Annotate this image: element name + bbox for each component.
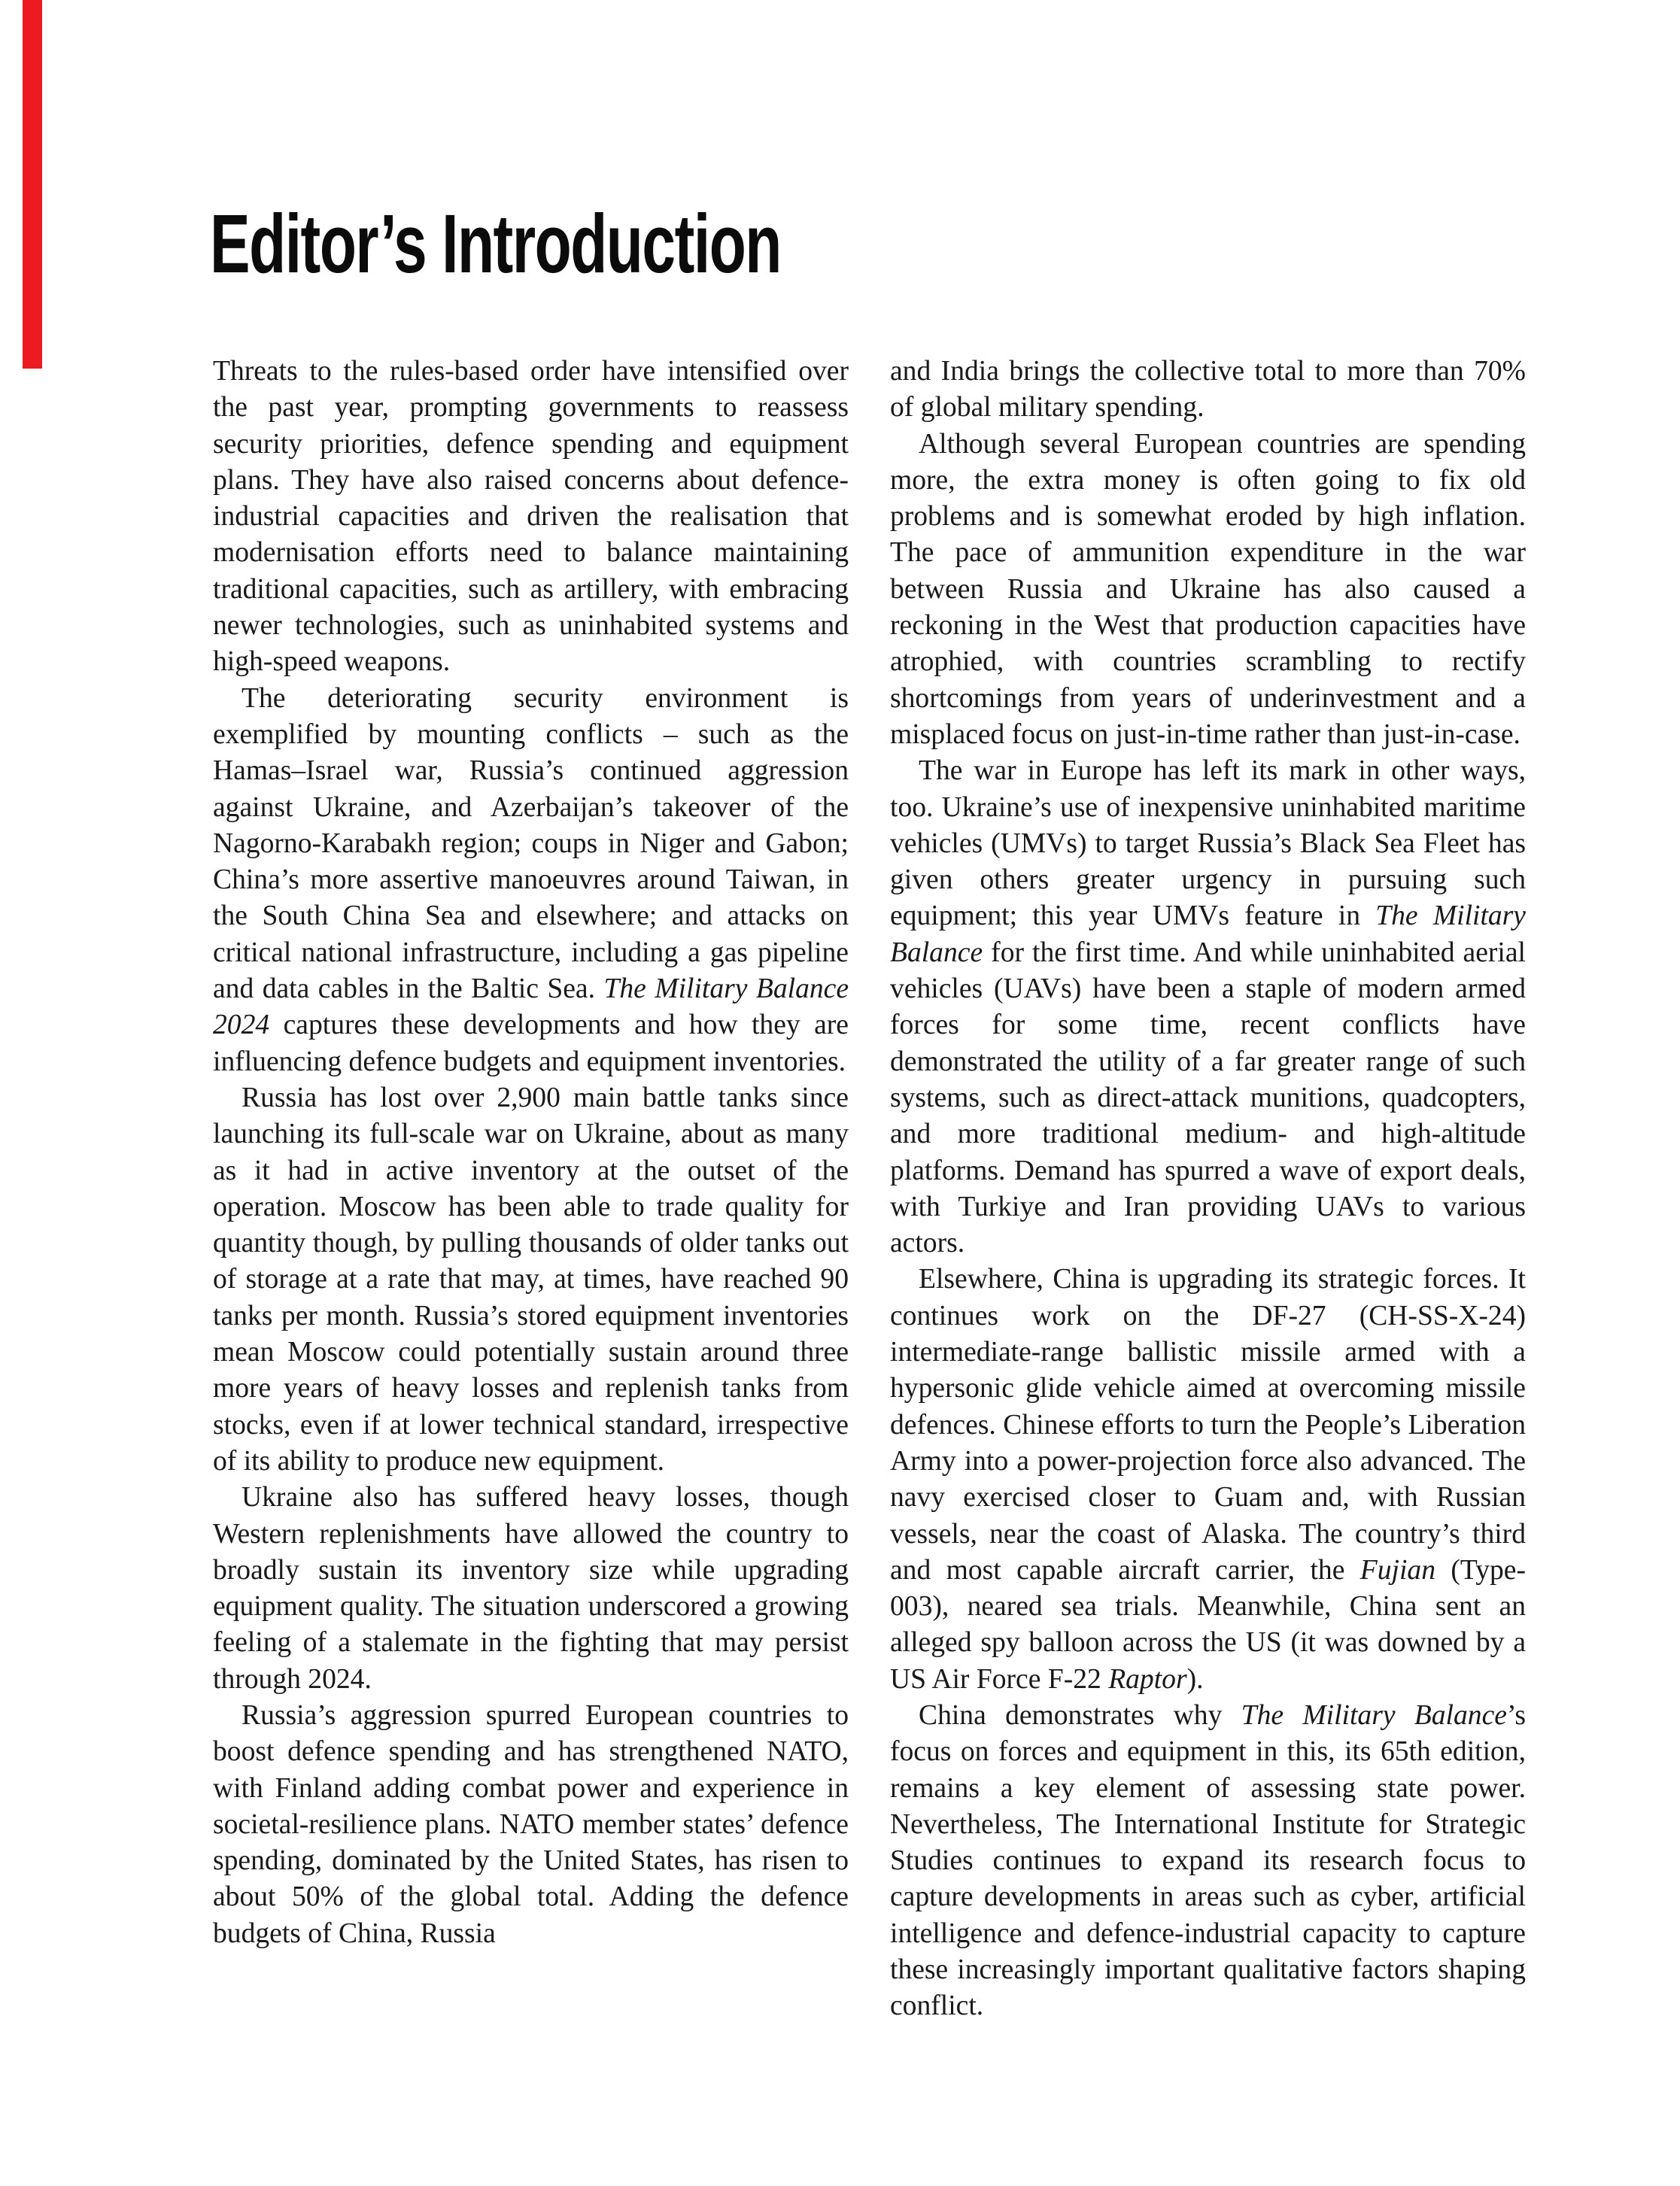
body-paragraph: The deteriorating security environment i…	[213, 681, 849, 1080]
text-run: The deteriorating security environment i…	[213, 683, 849, 1004]
text-run: Threats to the rules-based order have in…	[213, 356, 849, 677]
text-run: for the first time. And while uninhabite…	[890, 937, 1526, 1258]
text-column-left: Threats to the rules-based order have in…	[213, 354, 849, 2025]
body-text: Threats to the rules-based order have in…	[213, 354, 1526, 2025]
body-paragraph: Ukraine also has suffered heavy losses, …	[213, 1480, 849, 1698]
text-run: Although several European countries are …	[890, 429, 1526, 750]
chapter-edge-tab	[23, 0, 42, 369]
document-page: Editor’s Introduction Threats to the rul…	[0, 0, 1680, 2186]
body-paragraph: Threats to the rules-based order have in…	[213, 354, 849, 681]
italic-run: Fujian	[1360, 1555, 1435, 1586]
italic-run: The Military Balance	[1241, 1700, 1507, 1731]
text-run: and India brings the collective total to…	[890, 356, 1526, 423]
text-run: China demonstrates why	[919, 1700, 1241, 1731]
text-run: captures these developments and how they…	[213, 1010, 849, 1076]
text-run: Ukraine also has suffered heavy losses, …	[213, 1482, 849, 1694]
text-column-right: and India brings the collective total to…	[890, 354, 1526, 2025]
text-run: Elsewhere, China is upgrading its strate…	[890, 1264, 1526, 1585]
body-paragraph: Elsewhere, China is upgrading its strate…	[890, 1262, 1526, 1698]
page-title: Editor’s Introduction	[210, 203, 781, 286]
body-paragraph: China demonstrates why The Military Bala…	[890, 1698, 1526, 2025]
body-paragraph: Russia’s aggression spurred European cou…	[213, 1698, 849, 1952]
body-paragraph: and India brings the collective total to…	[890, 354, 1526, 427]
body-paragraph: The war in Europe has left its mark in o…	[890, 753, 1526, 1262]
body-paragraph: Although several European countries are …	[890, 427, 1526, 754]
text-run: Russia’s aggression spurred European cou…	[213, 1700, 849, 1949]
text-run: ’s focus on forces and equipment in this…	[890, 1700, 1526, 2021]
body-paragraph: Russia has lost over 2,900 main battle t…	[213, 1080, 849, 1480]
text-run: ).	[1187, 1664, 1204, 1695]
italic-run: Raptor	[1108, 1664, 1186, 1695]
text-run: Russia has lost over 2,900 main battle t…	[213, 1082, 849, 1477]
